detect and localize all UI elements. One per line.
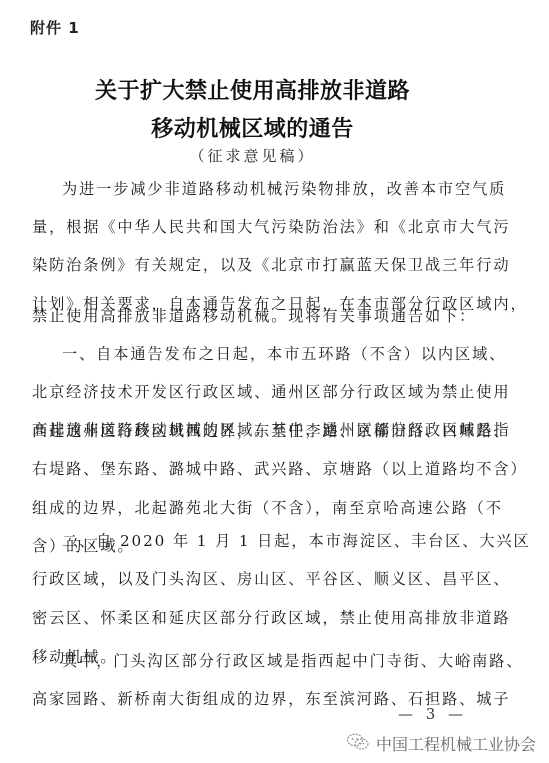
document-title-line-1: 关于扩大禁止使用高排放非道路 bbox=[0, 74, 527, 105]
body-line: 密云区、怀柔区和延庆区部分行政区域，禁止使用高排放非道路 bbox=[32, 607, 510, 628]
attachment-label: 附件 1 bbox=[30, 17, 80, 38]
body-line: 一、自本通告发布之日起，本市五环路（不含）以内区域、 bbox=[62, 343, 506, 364]
body-line: 西起通州区行政区域西边界，东至任李路、京榆旧路、白师路、 bbox=[32, 420, 510, 441]
body-line: 其中，门头沟区部分行政区域是指西起中门寺街、大峪南路、 bbox=[62, 650, 523, 671]
watermark-text: 中国工程机械工业协会 bbox=[376, 732, 536, 755]
page-number: — 3 — bbox=[398, 705, 467, 723]
body-line: 禁止使用高排放非道路移动机械。现将有关事项通告如下： bbox=[32, 305, 476, 326]
body-line: 组成的边界，北起潞苑北大街（不含），南至京哈高速公路（不 bbox=[32, 497, 503, 518]
body-line: 右堤路、堡东路、潞城中路、武兴路、京塘路（以上道路均不含） bbox=[32, 458, 528, 479]
body-line: 量，根据《中华人民共和国大气污染防治法》和《北京市大气污 bbox=[32, 216, 510, 237]
body-line: 二、自 2020 年 1 月 1 日起，本市海淀区、丰台区、大兴区 bbox=[62, 530, 531, 551]
watermark: 中国工程机械工业协会 bbox=[346, 732, 536, 755]
body-line: 北京经济技术开发区行政区域、通州区部分行政区域为禁止使用 bbox=[32, 381, 510, 402]
wechat-icon bbox=[346, 733, 370, 755]
body-line: 行政区域，以及门头沟区、房山区、平谷区、顺义区、昌平区、 bbox=[32, 568, 510, 589]
body-line: 染防治条例》有关规定，以及《北京市打赢蓝天保卫战三年行动 bbox=[32, 254, 510, 275]
document-subtitle: （征求意见稿） bbox=[0, 145, 527, 166]
document-title-line-2: 移动机械区域的通告 bbox=[0, 112, 527, 143]
body-line: 为进一步减少非道路移动机械污染物排放，改善本市空气质 bbox=[62, 178, 506, 199]
